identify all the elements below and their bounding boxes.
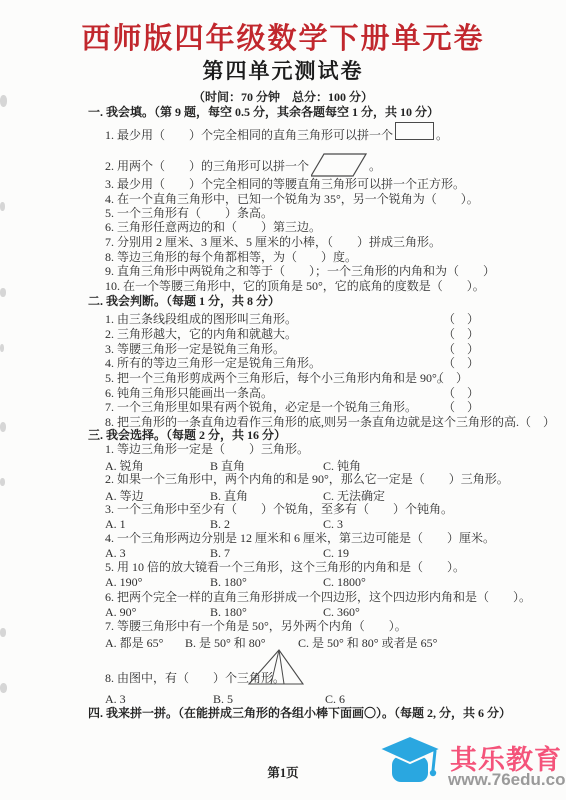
fill-question-1-suffix: 。: [436, 128, 448, 142]
option-a: A. 3: [105, 692, 126, 707]
choice-question-7: 7. 等腰三角形中有一个角是 50°，另外两个内角（ ）。: [105, 619, 407, 633]
fill-question-4: 4. 在一个直角三角形中，已知一个锐角为 35°，另一个锐角为（ ）。: [105, 192, 479, 206]
scan-smudge: [0, 202, 5, 211]
section-choice-heading: 三. 我会选择。（每题 2 分，共 16 分）: [88, 428, 286, 442]
scan-smudge: [0, 478, 5, 486]
choice-question-2: 2. 如果一个三角形中，两个内角的和是 90°，那么它一定是（ ）三角形。: [105, 472, 509, 486]
fill-question-8: 8. 等边三角形的每个角都相等，为（ ）度。: [105, 250, 357, 264]
choice-options-7: A. 都是 65° B. 是 50° 和 80° C. 是 50° 和 80° …: [0, 634, 566, 649]
judge-row: 5. 把一个三角形剪成两个三角形后，每个小三角形内角和是 90°。 （ ）: [0, 369, 566, 384]
fill-question-2-suffix: 。: [369, 159, 381, 173]
fill-question-2: 2. 用两个（ ）的三角形可以拼一个。: [105, 153, 381, 177]
option-a: A. 90°: [105, 605, 136, 620]
section-judge-heading: 二. 我会判断。（每题 1 分，共 8 分）: [88, 294, 280, 308]
option-a: A. 3: [105, 546, 126, 561]
scan-smudge: [0, 422, 6, 432]
judge-row: 1. 由三条线段组成的图形叫三角形。 （ ）: [0, 310, 566, 325]
fill-question-10: 10. 在一个等腰三角形中，它的顶角是 50°，它的底角的度数是（ ）。: [105, 279, 485, 293]
judge-row: 7. 一个三角形里如果有两个锐角，必定是一个锐角三角形。 （ ）: [0, 398, 566, 413]
option-b: B. 180°: [210, 605, 247, 620]
choice-question-3: 3. 一个三角形中至少有（ ）个锐角，至多有（ ）个钝角。: [105, 502, 453, 516]
scan-smudge: [0, 683, 7, 693]
fill-question-5: 5. 一个三角形有（ ）条高。: [105, 206, 273, 220]
judge-row: 6. 钝角三角形只能画出一条高。 （ ）: [0, 384, 566, 399]
choice-options-1: A. 锐角 B 直角 C. 钝角: [0, 457, 566, 472]
option-a: A. 1: [105, 517, 126, 532]
fill-question-3: 3. 最少用（ ）个完全相同的等腰直角三角形可以拼一个正方形。: [105, 177, 465, 191]
choice-options-5: A. 190° B. 180° C. 1800°: [0, 575, 566, 590]
fill-question-1: 1. 最少用（ ）个完全相同的直角三角形可以拼一个。: [105, 122, 448, 142]
fill-question-6: 6. 三角形任意两边的和（ ）第三边。: [105, 220, 321, 234]
fill-question-9: 9. 直角三角形中两锐角之和等于（ ）；一个三角形的内角和为（ ）: [105, 264, 495, 278]
judge-row: 2. 三角形越大，它的内角和就越大。 （ ）: [0, 325, 566, 340]
test-paper-page: 西师版四年级数学下册单元卷 第四单元测试卷 （时间：70 分钟 总分：100 分…: [0, 0, 566, 800]
graduation-cap-icon: [377, 734, 443, 794]
section-fill-heading: 一. 我会填。（第 9 题，每空 0.5 分，其余各题每空 1 分，共 10 分…: [88, 105, 439, 119]
fill-question-2-text: 2. 用两个（ ）的三角形可以拼一个: [105, 159, 309, 173]
option-c: C. 1800°: [323, 575, 366, 590]
choice-options-2: A. 等边 B. 直角 C. 无法确定: [0, 487, 566, 502]
option-b: B. 7: [210, 546, 230, 561]
choice-question-5: 5. 用 10 倍的放大镜看一个三角形，这个三角形的内角和是（ ）。: [105, 560, 465, 574]
scan-smudge: [0, 344, 4, 352]
option-b: B. 5: [213, 692, 233, 707]
choice-options-6: A. 90° B. 180° C. 360°: [0, 605, 566, 620]
option-a: A. 都是 65°: [105, 634, 163, 651]
option-c: C. 是 50° 和 80° 或者是 65°: [298, 634, 437, 651]
section-match-heading: 四. 我来拼一拼。（在能拼成三角形的各组小棒下面画〇）。（每题 2, 分，共 6…: [88, 706, 511, 720]
option-c: C. 360°: [323, 605, 360, 620]
choice-question-1: 1. 等边三角形一定是（ ）三角形。: [105, 442, 309, 456]
choice-options-4: A. 3 B. 7 C. 19: [0, 546, 566, 561]
choice-question-8: 8. 由图中，有（ ）个三角形。: [105, 671, 285, 685]
scan-smudge: [0, 95, 7, 107]
fill-question-7: 7. 分别用 2 厘米、3 厘米、5 厘米的小棒，（ ）拼成三角形。: [105, 235, 441, 249]
scan-smudge: [0, 628, 6, 637]
page-subtitle: 第四单元测试卷: [0, 55, 566, 85]
option-c: C. 3: [323, 517, 343, 532]
choice-options-8: A. 3 B. 5 C. 6: [0, 692, 566, 707]
option-a: A. 190°: [105, 575, 142, 590]
judge-row: 3. 等腰三角形一定是锐角三角形。 （ ）: [0, 340, 566, 355]
scan-smudge: [0, 288, 6, 297]
fill-question-1-text: 1. 最少用（ ）个完全相同的直角三角形可以拼一个: [105, 128, 393, 142]
option-c: C. 19: [323, 546, 349, 561]
option-c: C. 6: [325, 692, 345, 707]
choice-question-4: 4. 一个三角形两边分别是 12 厘米和 6 厘米，第三边可能是（ ）厘米。: [105, 531, 495, 545]
judge-row: 8. 把三角形的一条直角边看作三角形的底,则另一条直角边就是这个三角形的高.（ …: [0, 413, 566, 428]
option-b: B. 180°: [210, 575, 247, 590]
judge-row: 4. 所有的等边三角形一定是锐角三角形。 （ ）: [0, 354, 566, 369]
choice-question-6: 6. 把两个完全一样的直角三角形拼成一个四边形，这个四边形内角和是（ ）。: [105, 590, 531, 604]
option-b: B. 2: [210, 517, 230, 532]
parallelogram-shape: [311, 153, 367, 177]
brand-logo-url: www.76edu.com: [448, 770, 566, 790]
time-score-line: （时间：70 分钟 总分：100 分）: [0, 88, 566, 105]
choice-options-3: A. 1 B. 2 C. 3: [0, 517, 566, 532]
page-title: 西师版四年级数学下册单元卷: [0, 16, 566, 57]
rectangle-shape: [395, 122, 434, 140]
